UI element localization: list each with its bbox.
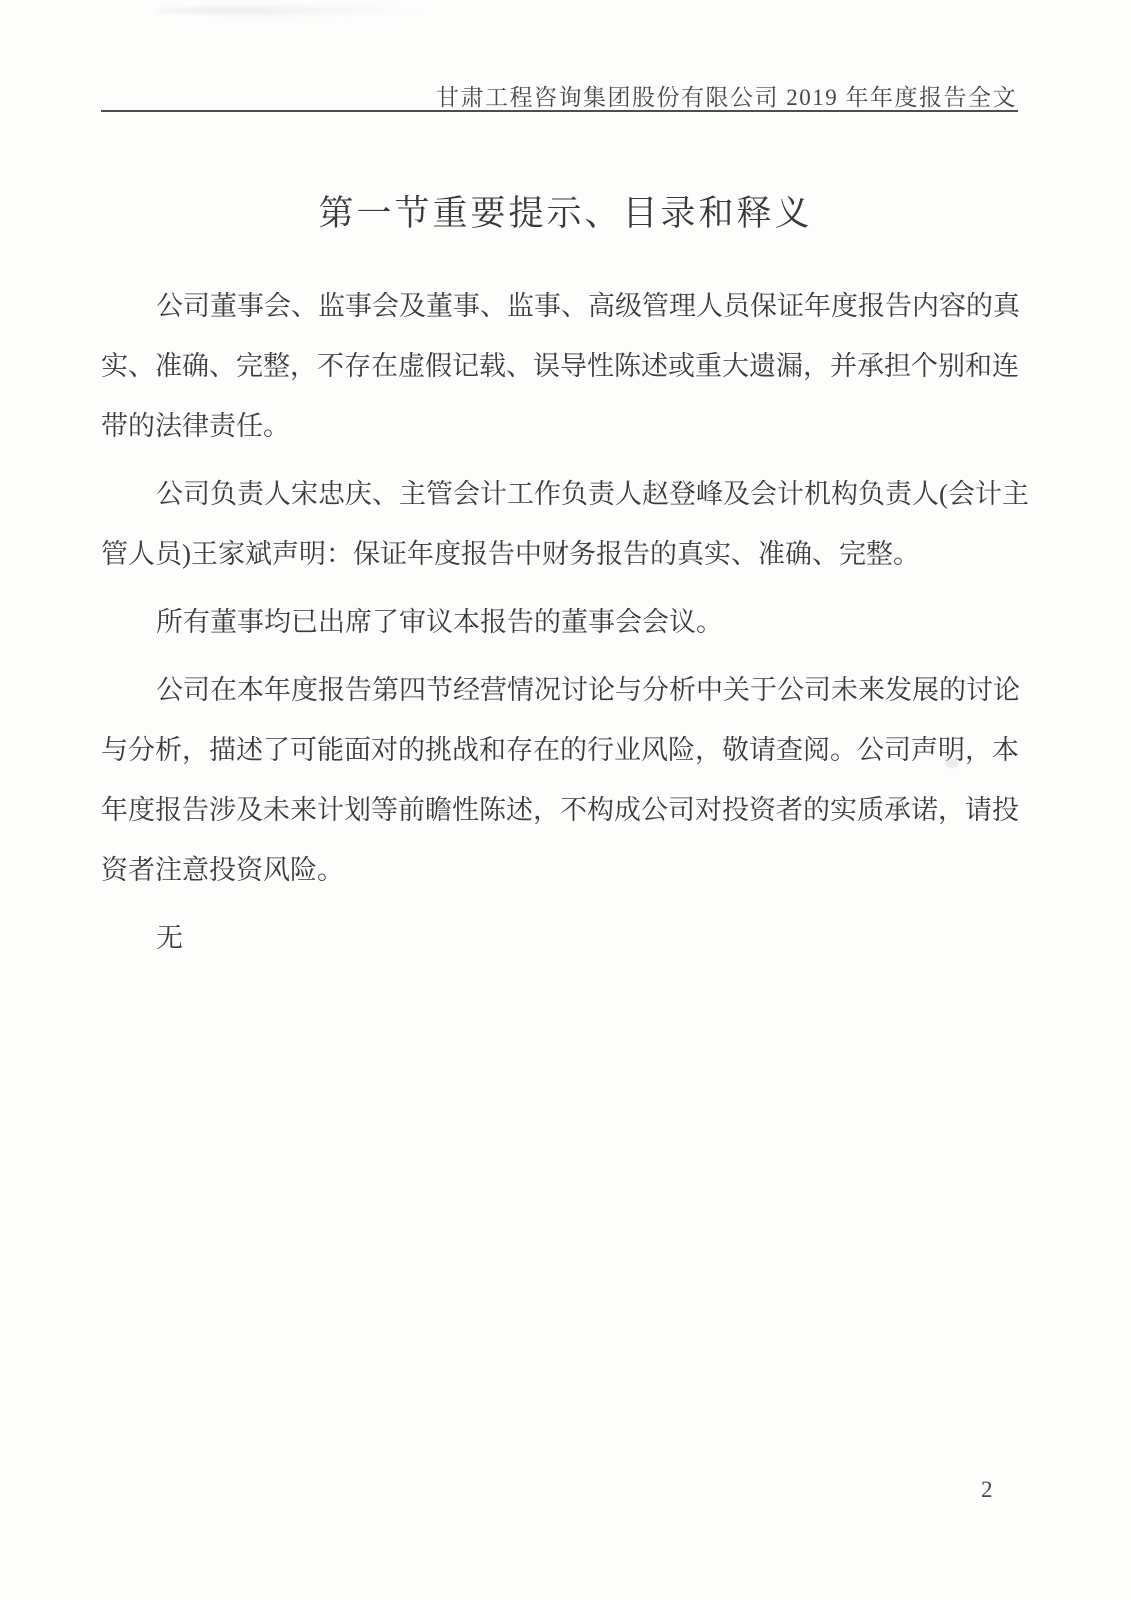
paragraph-line: 管人员)王家斌声明：保证年度报告中财务报告的真实、准确、完整。 [101, 524, 1018, 584]
report-page: 甘肃工程咨询集团股份有限公司 2019 年年度报告全文 第一节重要提示、目录和释… [0, 0, 1131, 1600]
document-body: 公司董事会、监事会及董事、监事、高级管理人员保证年度报告内容的真 实、准确、完整… [101, 276, 1018, 968]
scan-speck [945, 758, 959, 768]
paragraph-line: 无 [101, 908, 1018, 968]
paragraph-responsible-persons: 公司负责人宋忠庆、主管会计工作负责人赵登峰及会计机构负责人(会计主 管人员)王家… [101, 464, 1018, 584]
header-divider [101, 110, 1018, 112]
page-number: 2 [981, 1477, 993, 1503]
paragraph-line: 所有董事均已出席了审议本报告的董事会会议。 [101, 592, 1018, 652]
section-title: 第一节重要提示、目录和释义 [0, 186, 1131, 236]
paragraph-line: 资者注意投资风险。 [101, 840, 1018, 900]
paragraph-line: 实、准确、完整，不存在虚假记载、误导性陈述或重大遗漏，并承担个别和连 [101, 336, 1018, 396]
paragraph-forward-looking: 公司在本年度报告第四节经营情况讨论与分析中关于公司未来发展的讨论 与分析，描述了… [101, 660, 1018, 900]
paragraph-line: 公司董事会、监事会及董事、监事、高级管理人员保证年度报告内容的真 [101, 276, 1018, 336]
scan-smudge [155, 6, 425, 15]
paragraph-line: 年度报告涉及未来计划等前瞻性陈述，不构成公司对投资者的实质承诺，请投 [101, 780, 1018, 840]
paragraph-line: 带的法律责任。 [101, 396, 1018, 456]
paragraph-line: 公司在本年度报告第四节经营情况讨论与分析中关于公司未来发展的讨论 [101, 660, 1018, 720]
paragraph-line: 公司负责人宋忠庆、主管会计工作负责人赵登峰及会计机构负责人(会计主 [101, 464, 1018, 524]
paragraph-none: 无 [101, 908, 1018, 968]
page-header: 甘肃工程咨询集团股份有限公司 2019 年年度报告全文 [436, 79, 1017, 112]
paragraph-line: 与分析，描述了可能面对的挑战和存在的行业风险，敬请查阅。公司声明，本 [101, 720, 1018, 780]
paragraph-directors-attendance: 所有董事均已出席了审议本报告的董事会会议。 [101, 592, 1018, 652]
paragraph-board-guarantee: 公司董事会、监事会及董事、监事、高级管理人员保证年度报告内容的真 实、准确、完整… [101, 276, 1018, 456]
